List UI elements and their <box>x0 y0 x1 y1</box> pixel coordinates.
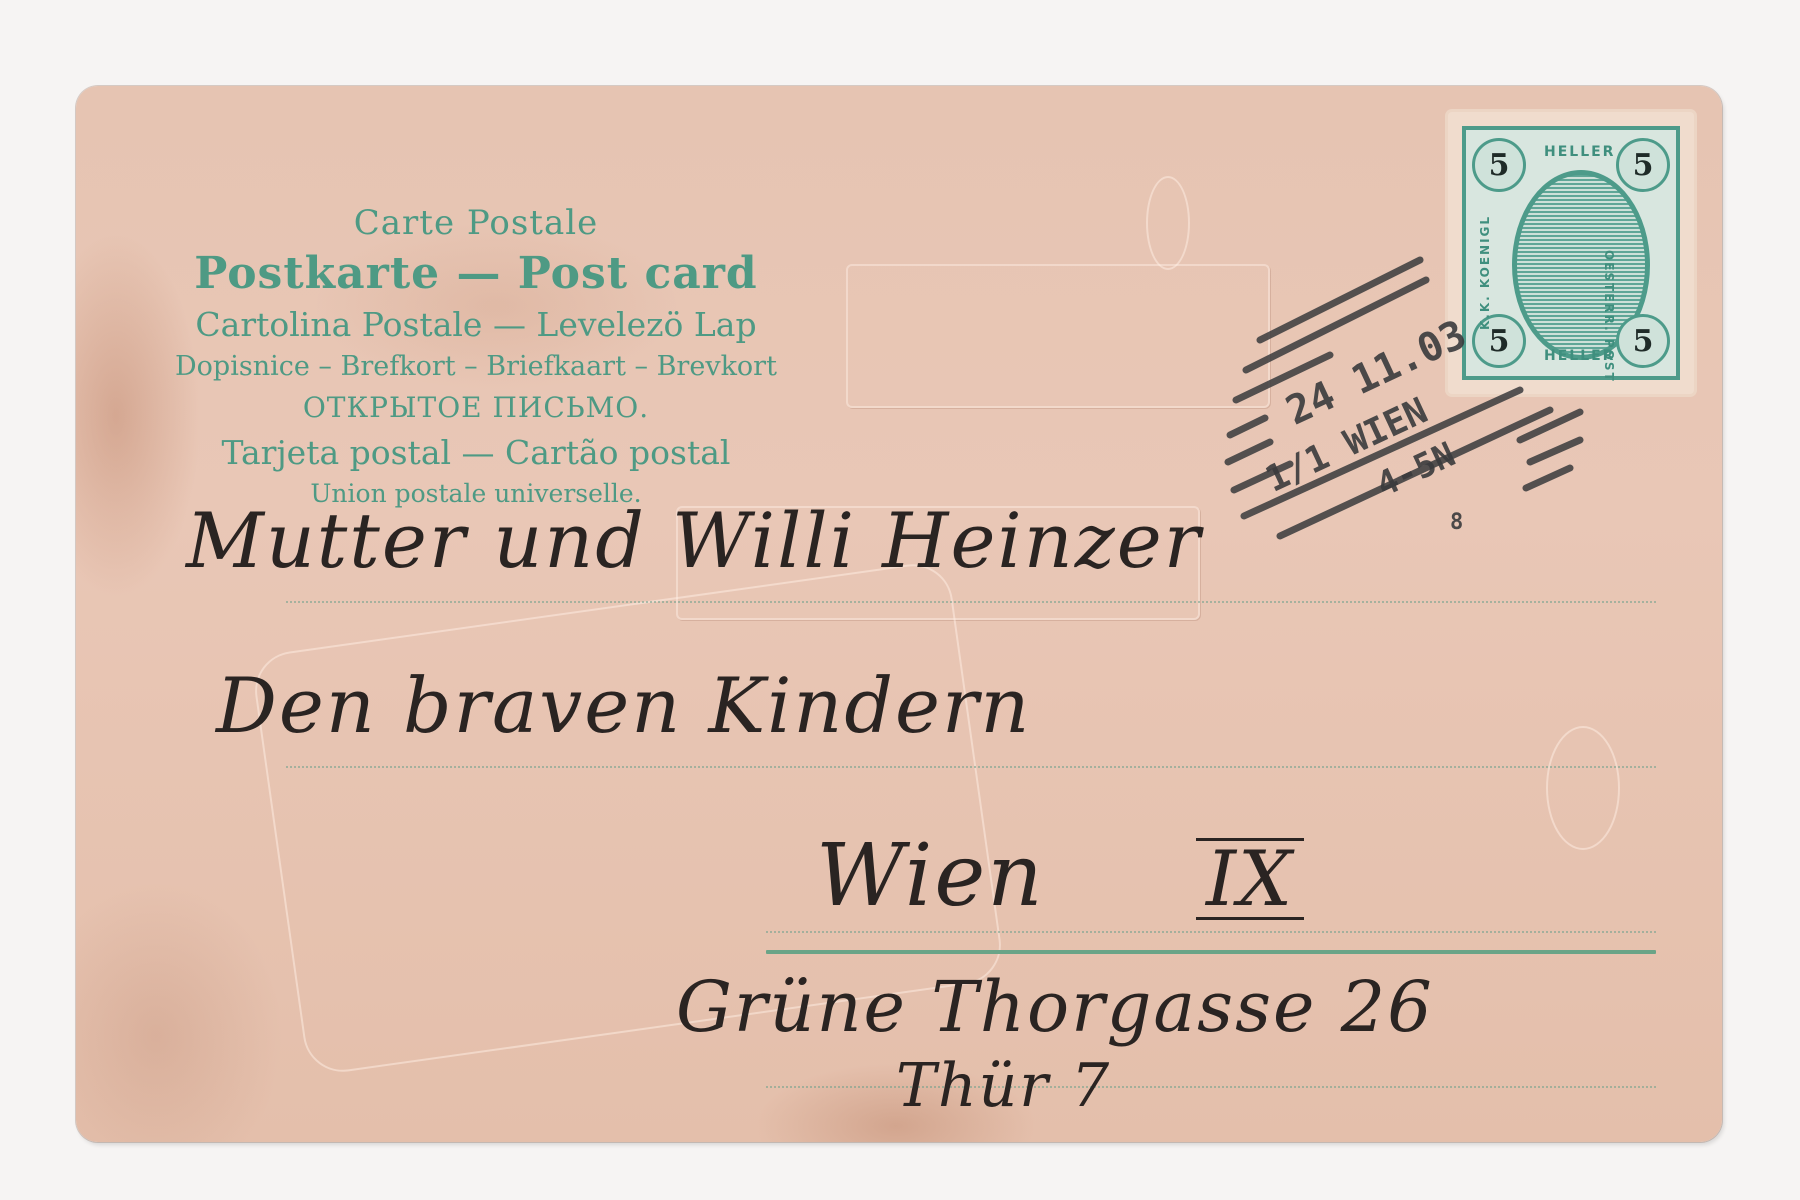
stamp-right-text: OESTERR. POST <box>1602 250 1616 383</box>
emboss-scroll-ornament <box>1146 176 1190 270</box>
address-rule-green <box>766 950 1656 954</box>
address-rule-1 <box>286 601 1656 603</box>
header-tarjeta: Tarjeta postal — Cartão postal <box>156 436 796 469</box>
postage-stamp: 5 5 5 5 HELLER HELLER OESTERR. POST K.K.… <box>1448 112 1694 394</box>
header-postkarte: Postkarte — Post card <box>156 252 796 296</box>
header-russian: ОТКРЫТОЕ ПИСЬМО. <box>156 394 796 422</box>
stamp-left-text: K.K. KOENIGL <box>1478 215 1492 330</box>
stamp-value-top-left: 5 <box>1472 138 1526 192</box>
address-rule-3 <box>766 931 1656 933</box>
postcard-header: Carte Postale Postkarte — Post card Cart… <box>156 206 796 506</box>
address-district: IX <box>1196 838 1304 920</box>
address-line-5-door: Thür 7 <box>896 1051 1111 1121</box>
address-line-1: Mutter und Willi Heinzer <box>186 496 1202 585</box>
address-line-4-street: Grüne Thorgasse 26 <box>676 966 1434 1048</box>
header-carte-postale: Carte Postale <box>156 206 796 240</box>
stamp-frame: 5 5 5 5 HELLER HELLER OESTERR. POST K.K.… <box>1462 126 1680 380</box>
address-line-2: Den braven Kindern <box>216 661 1031 750</box>
stamp-value-bottom-right: 5 <box>1616 314 1670 368</box>
header-dopisnice: Dopisnice – Brefkort – Briefkaart – Brev… <box>156 353 796 380</box>
stamp-value-top-right: 5 <box>1616 138 1670 192</box>
stamp-top-text: HELLER <box>1544 144 1615 160</box>
emboss-frame-top <box>846 264 1270 408</box>
header-cartolina: Cartolina Postale — Levelezö Lap <box>156 308 796 341</box>
emboss-swirl-ornament <box>1546 726 1620 850</box>
address-line-3-city: Wien <box>816 826 1045 926</box>
address-rule-2 <box>286 766 1656 768</box>
